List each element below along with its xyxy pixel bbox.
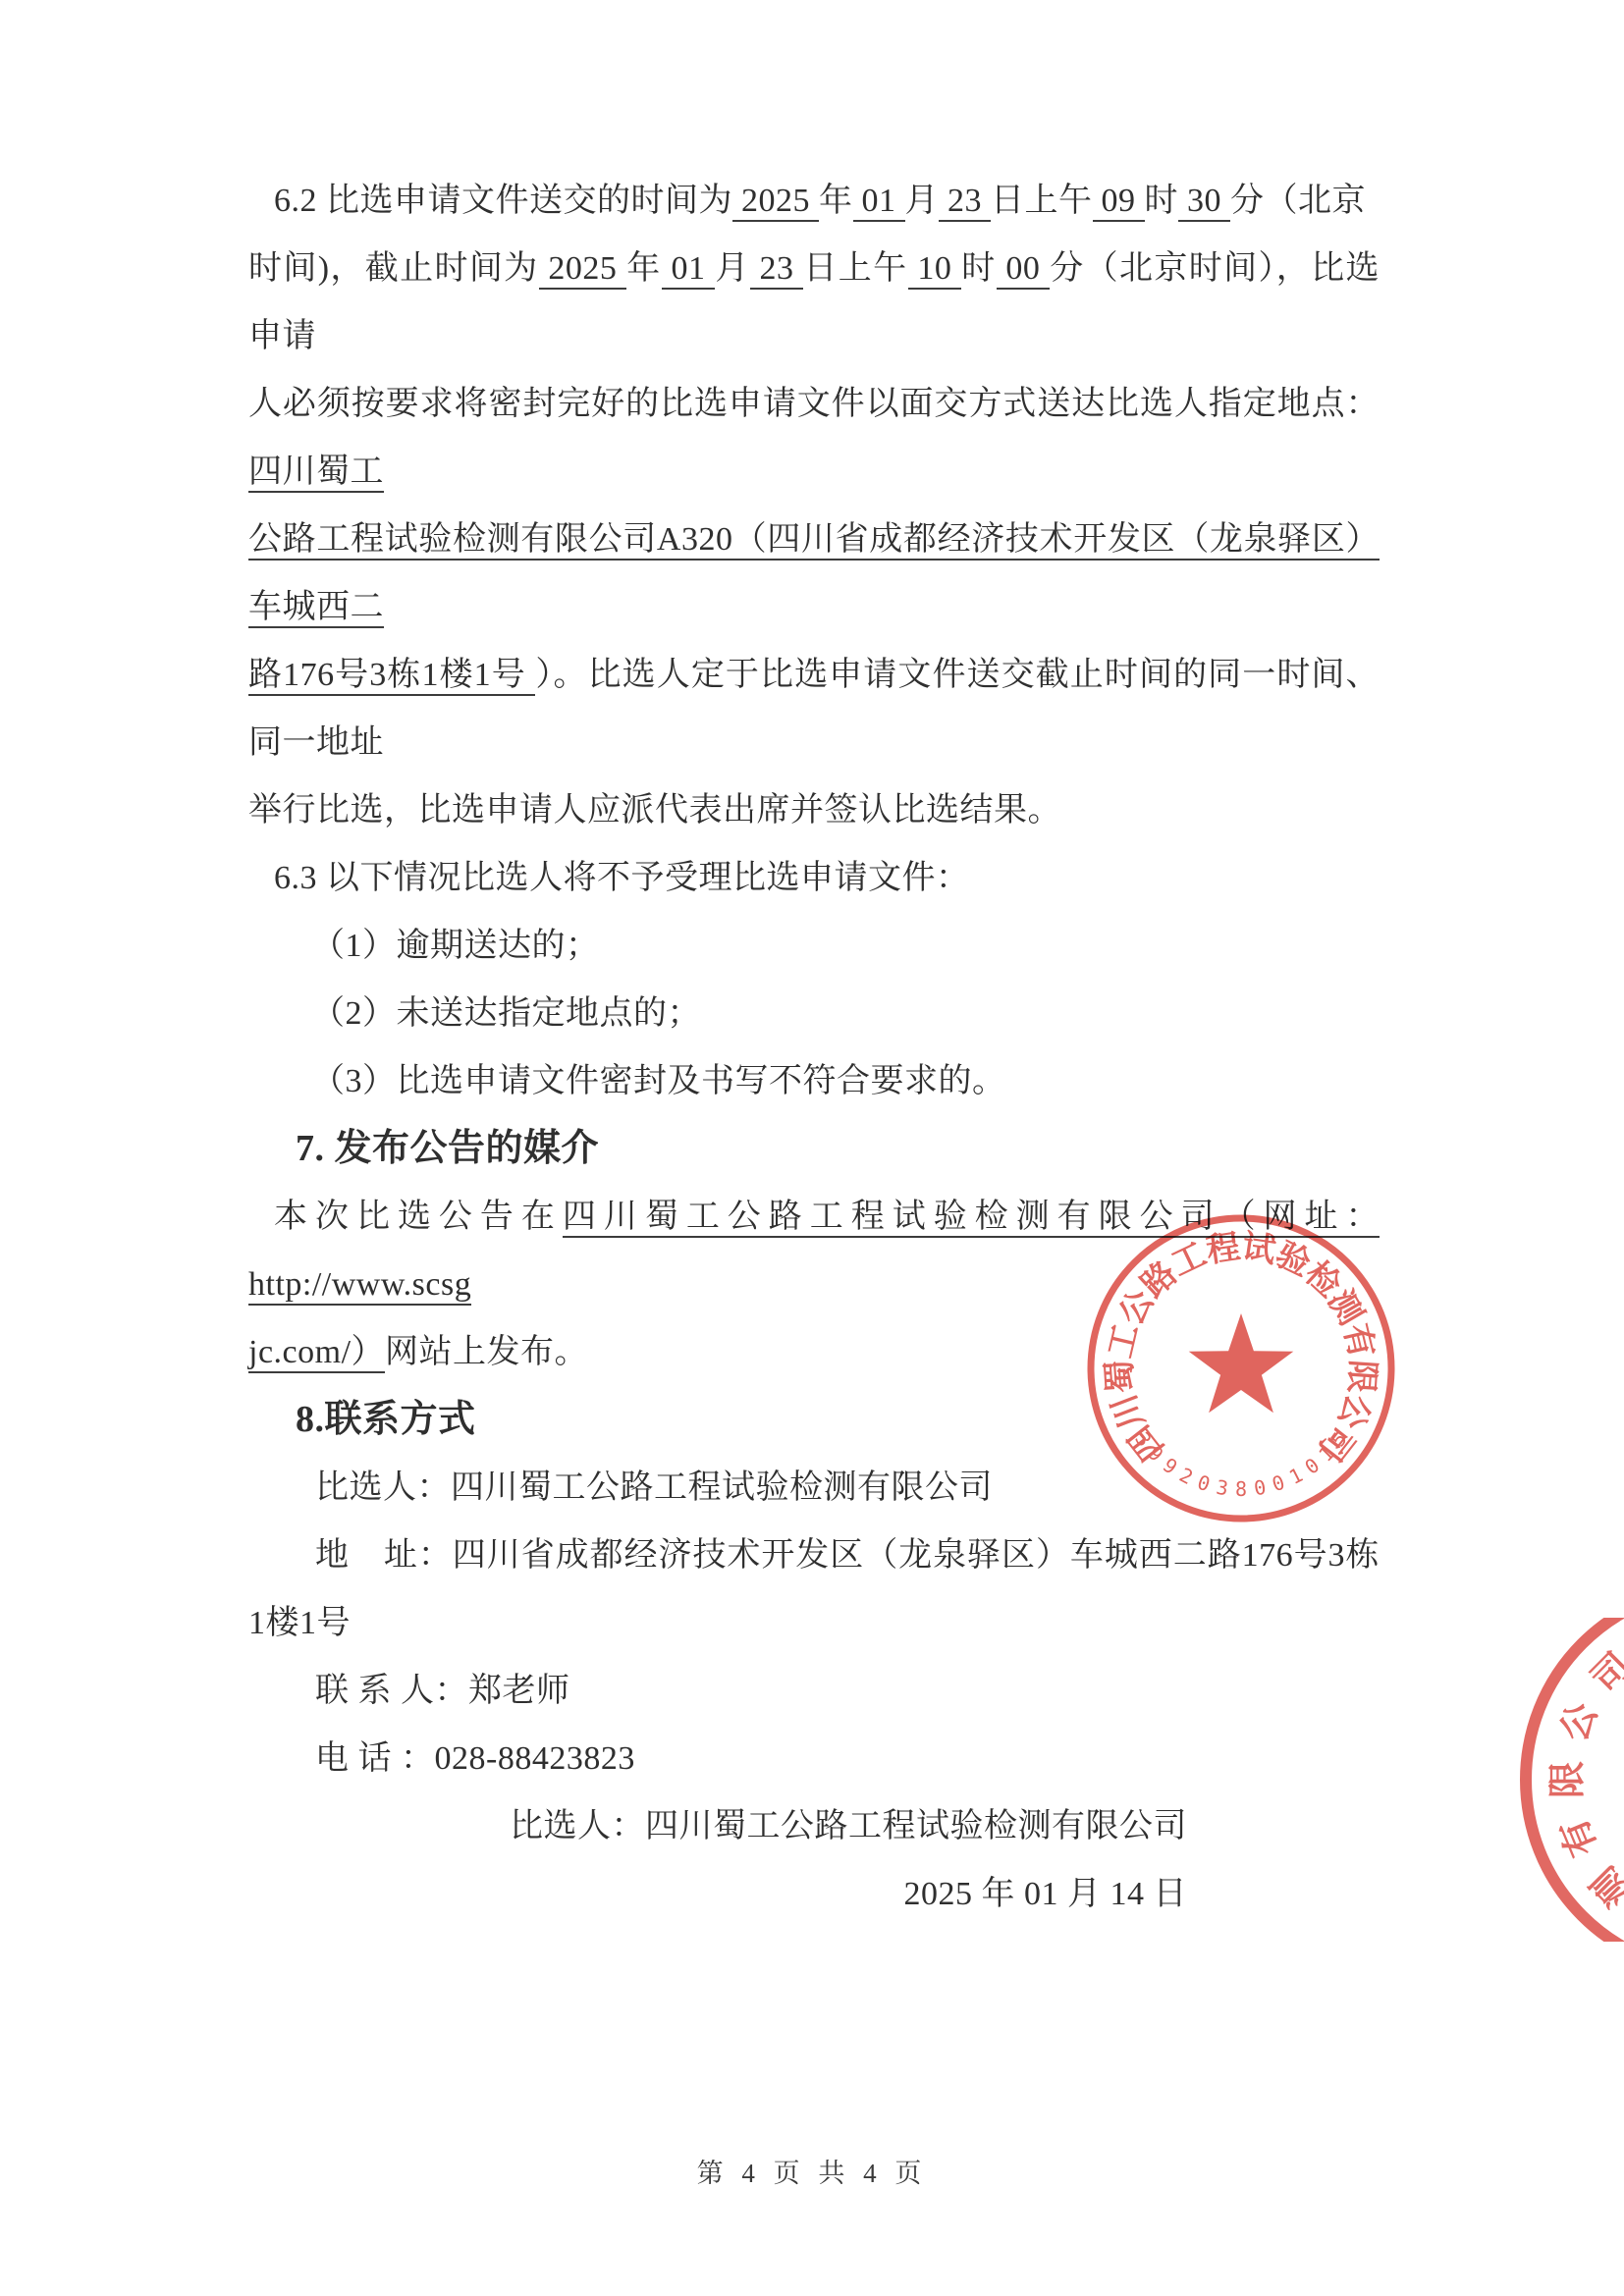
text-run: 人必须按要求将密封完好的比选申请文件以面交方式送达比选人指定地点： bbox=[248, 386, 1380, 422]
document-body: 6.2 比选申请文件送交的时间为 2025 年 01 月 23 日上午 09 时… bbox=[248, 167, 1380, 1928]
page-indicator: 第 4 页 共 4 页 bbox=[697, 2159, 928, 2188]
partial-seal-glyph: 有 bbox=[1553, 1812, 1605, 1862]
heading-text: 7. 发布公告的媒介 bbox=[296, 1128, 599, 1169]
filled-blank-hour: 10 bbox=[908, 250, 962, 290]
para-6-2-line5: 路176号3栋1楼1号 ）。比选人定于比选申请文件送交截止时间的同一时间、同一地… bbox=[248, 641, 1380, 776]
partial-seal-ring bbox=[1526, 1618, 1624, 1942]
address-underlined: 路176号3栋1楼1号 bbox=[248, 657, 535, 696]
text-run: 电 话 ：028-88423823 bbox=[315, 1740, 635, 1777]
contact-phone: 电 话 ：028-88423823 bbox=[248, 1725, 1380, 1792]
contact-selector: 比选人：四川蜀工公路工程试验检测有限公司 bbox=[248, 1454, 1380, 1522]
partial-seal-glyph: 限 bbox=[1547, 1761, 1589, 1798]
filled-blank-year: 2025 bbox=[732, 183, 819, 222]
contact-person: 联 系 人：郑老师 bbox=[248, 1657, 1380, 1725]
list-item-2: （2）未送达指定地点的； bbox=[248, 980, 1380, 1047]
page-number-footer: 第 4 页 共 4 页 bbox=[0, 2152, 1624, 2190]
partial-seal-glyph: 公 bbox=[1553, 1697, 1605, 1747]
text-run: 举行比选，比选申请人应派代表出席并签认比选结果。 bbox=[248, 792, 1061, 828]
partial-seal-chars: 测有限公司 bbox=[1547, 1646, 1624, 1914]
filled-blank-month: 01 bbox=[853, 183, 905, 222]
partial-seal-glyph: 测 bbox=[1585, 1858, 1624, 1914]
signature-date-line: 2025 年 01 月 14 日 bbox=[248, 1860, 1380, 1928]
text-run: 联 系 人：郑老师 bbox=[315, 1673, 570, 1709]
para-6-2-line4: 公路工程试验检测有限公司A320（四川省成都经济技术开发区（龙泉驿区）车城西二 bbox=[248, 506, 1380, 641]
filled-blank-month: 01 bbox=[662, 250, 716, 290]
section-7-heading: 7. 发布公告的媒介 bbox=[248, 1115, 1380, 1183]
filled-blank-day: 23 bbox=[750, 250, 804, 290]
para-6-2-line2: 时间)，截止时间为 2025 年 01 月 23 日上午 10 时 00 分（北… bbox=[248, 235, 1380, 370]
heading-text: 8.联系方式 bbox=[296, 1399, 476, 1440]
text-run: 2025 年 01 月 14 日 bbox=[904, 1876, 1188, 1912]
text-run: （3）比选申请文件密封及书写不符合要求的。 bbox=[311, 1063, 1006, 1099]
list-item-3: （3）比选申请文件密封及书写不符合要求的。 bbox=[248, 1047, 1380, 1115]
filled-blank-year: 2025 bbox=[539, 250, 627, 290]
para-6-3: 6.3 以下情况比选人将不予受理比选申请文件： bbox=[248, 844, 1380, 912]
scanned-document-page: { "body": { "p1": { "s0": "6.2 比选申请文件送交的… bbox=[0, 0, 1624, 2296]
partial-seal-graphic: 测有限公司 bbox=[1506, 1618, 1624, 1942]
signature-company-line: 比选人：四川蜀工公路工程试验检测有限公司 bbox=[248, 1792, 1380, 1860]
text-run: 月 bbox=[905, 183, 940, 219]
text-run: 时间)，截止时间为 bbox=[248, 250, 539, 287]
para-media-line1: 本次比选公告在四川蜀工公路工程试验检测有限公司（网址：http://www.sc… bbox=[248, 1183, 1380, 1318]
filled-blank-minute: 30 bbox=[1178, 183, 1230, 222]
text-run: 比选人：四川蜀工公路工程试验检测有限公司 bbox=[510, 1808, 1187, 1844]
section-8-heading: 8.联系方式 bbox=[248, 1386, 1380, 1454]
partial-seal-stamp: 测有限公司 bbox=[1506, 1618, 1624, 1942]
text-run: 地 址：四川省成都经济技术开发区（龙泉驿区）车城西二路176号3栋1楼1号 bbox=[248, 1537, 1380, 1641]
text-run: 时 bbox=[1145, 183, 1179, 219]
address-underlined: 四川蜀工 bbox=[248, 454, 384, 493]
text-run: 本次比选公告在 bbox=[274, 1199, 563, 1235]
text-run: 年 bbox=[626, 250, 661, 287]
para-6-2-line6: 举行比选，比选申请人应派代表出席并签认比选结果。 bbox=[248, 776, 1380, 844]
text-run: 日上午 bbox=[803, 250, 907, 287]
para-6-2-line3: 人必须按要求将密封完好的比选申请文件以面交方式送达比选人指定地点：四川蜀工 bbox=[248, 370, 1380, 506]
text-run: 网站上发布。 bbox=[385, 1334, 588, 1370]
text-run: 年 bbox=[819, 183, 853, 219]
list-item-1: （1）逾期送达的； bbox=[248, 912, 1380, 980]
text-run: 6.3 以下情况比选人将不予受理比选申请文件： bbox=[274, 860, 970, 896]
text-run: 6.2 比选申请文件送交的时间为 bbox=[274, 183, 732, 219]
text-run: 月 bbox=[715, 250, 749, 287]
para-6-2-line1: 6.2 比选申请文件送交的时间为 2025 年 01 月 23 日上午 09 时… bbox=[248, 167, 1380, 235]
text-run: 日上午 bbox=[991, 183, 1093, 219]
website-underlined: jc.com/） bbox=[248, 1334, 385, 1373]
para-media-line2: jc.com/）网站上发布。 bbox=[248, 1318, 1380, 1386]
text-run: 分（北京 bbox=[1230, 183, 1366, 219]
contact-address: 地 址：四川省成都经济技术开发区（龙泉驿区）车城西二路176号3栋1楼1号 bbox=[248, 1522, 1380, 1657]
filled-blank-day: 23 bbox=[939, 183, 991, 222]
partial-seal-glyph: 司 bbox=[1585, 1646, 1624, 1702]
filled-blank-minute: 00 bbox=[997, 250, 1051, 290]
text-run: 比选人：四川蜀工公路工程试验检测有限公司 bbox=[315, 1469, 993, 1506]
text-run: （1）逾期送达的； bbox=[311, 928, 600, 964]
filled-blank-hour: 09 bbox=[1093, 183, 1145, 222]
text-run: 时 bbox=[961, 250, 996, 287]
address-underlined: 公路工程试验检测有限公司A320（四川省成都经济技术开发区（龙泉驿区）车城西二 bbox=[248, 521, 1380, 628]
text-run: （2）未送达指定地点的； bbox=[311, 995, 701, 1032]
